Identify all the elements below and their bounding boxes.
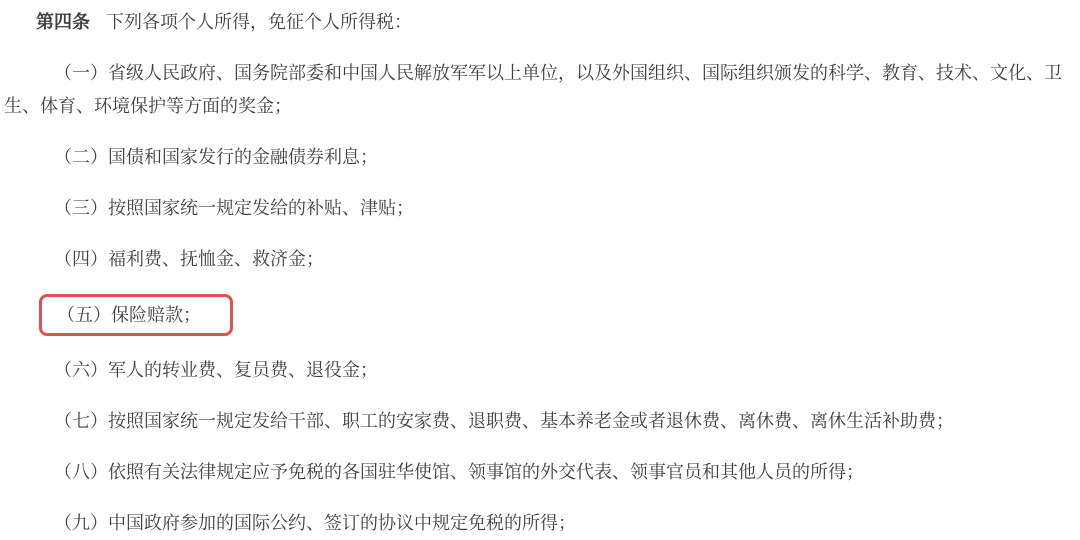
law-item-3: （三）按照国家统一规定发给的补贴、津贴； xyxy=(4,192,1074,225)
law-item-7: （七）按照国家统一规定发给干部、职工的安家费、退职费、基本养老金或者退休费、离休… xyxy=(4,405,1074,438)
law-item-9: （九）中国政府参加的国际公约、签订的协议中规定免税的所得； xyxy=(4,507,1074,540)
law-item-4: （四）福利费、抚恤金、救济金； xyxy=(4,243,1074,276)
law-item-6-text: （六）军人的转业费、复员费、退役金； xyxy=(54,360,378,380)
law-item-7-text: （七）按照国家统一规定发给干部、职工的安家费、退职费、基本养老金或者退休费、离休… xyxy=(54,411,954,431)
law-item-2-text: （二）国债和国家发行的金融债券利息； xyxy=(54,147,378,167)
article-number: 第四条 xyxy=(36,12,90,32)
article-heading: 第四条下列各项个人所得，免征个人所得税： xyxy=(4,6,1074,39)
law-item-5: （五）保险赔款； xyxy=(4,294,1074,336)
law-item-6: （六）军人的转业费、复员费、退役金； xyxy=(4,354,1074,387)
law-item-1-text: （一）省级人民政府、国务院部委和中国人民解放军军以上单位，以及外国组织、国际组织… xyxy=(4,63,1062,116)
law-item-8: （八）依照有关法律规定应予免税的各国驻华使馆、领事馆的外交代表、领事官员和其他人… xyxy=(4,456,1074,489)
highlight-annotation-box: （五）保险赔款； xyxy=(39,294,233,336)
law-item-8-text: （八）依照有关法律规定应予免税的各国驻华使馆、领事馆的外交代表、领事官员和其他人… xyxy=(54,462,864,482)
law-document: 第四条下列各项个人所得，免征个人所得税： （一）省级人民政府、国务院部委和中国人… xyxy=(0,0,1080,540)
law-item-2: （二）国债和国家发行的金融债券利息； xyxy=(4,141,1074,174)
law-item-5-text: （五）保险赔款； xyxy=(57,305,201,325)
law-item-4-text: （四）福利费、抚恤金、救济金； xyxy=(54,249,324,269)
law-item-1: （一）省级人民政府、国务院部委和中国人民解放军军以上单位，以及外国组织、国际组织… xyxy=(4,57,1074,123)
law-item-3-text: （三）按照国家统一规定发给的补贴、津贴； xyxy=(54,198,414,218)
law-item-9-text: （九）中国政府参加的国际公约、签订的协议中规定免税的所得； xyxy=(54,513,576,533)
article-intro: 下列各项个人所得，免征个人所得税： xyxy=(106,12,412,32)
